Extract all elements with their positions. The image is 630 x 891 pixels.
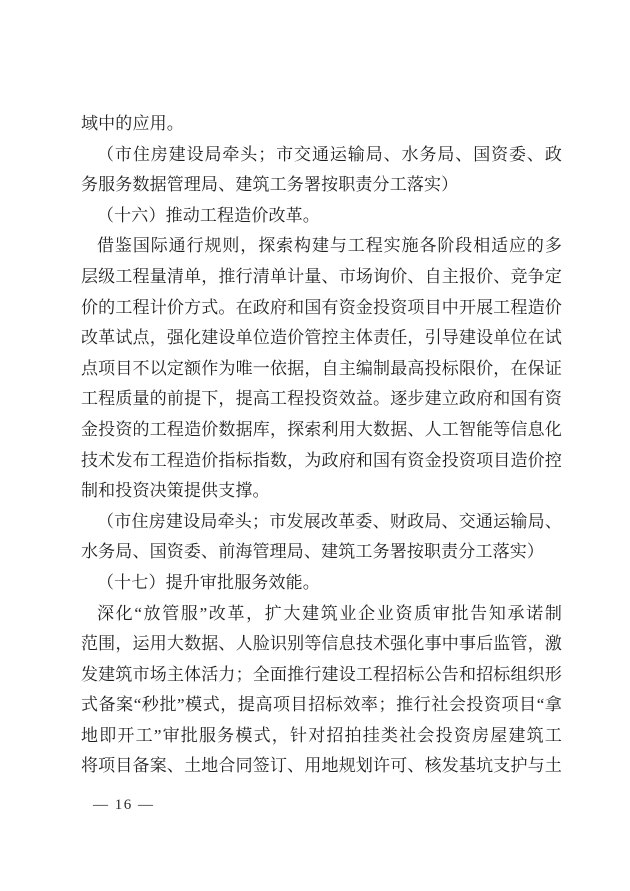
- text-line: 工程质量的前提下，提高工程投资效益。逐步建立政府和国有资: [81, 384, 562, 415]
- text-line: 深化“放管服”改革，扩大建筑业企业资质审批告知承诺制: [81, 599, 562, 630]
- text-line: （十六）推动工程造价改革。: [81, 201, 562, 232]
- text-line: 层级工程量清单，推行清单计量、市场询价、自主报价、竞争定: [81, 262, 562, 293]
- page-number: — 16 —: [93, 795, 155, 815]
- text-line: 制和投资决策提供支撑。: [81, 476, 562, 507]
- text-line: 借鉴国际通行规则，探索构建与工程实施各阶段相适应的多: [81, 231, 562, 262]
- text-line: 域中的应用。: [81, 109, 562, 140]
- text-line: 点项目不以定额作为唯一依据，自主编制最高投标限价，在保证: [81, 354, 562, 385]
- text-line: 范围，运用大数据、人脸识别等信息技术强化事中事后监管，激: [81, 629, 562, 660]
- text-line: 金投资的工程造价数据库，探索利用大数据、人工智能等信息化: [81, 415, 562, 446]
- text-line: 地即开工”审批服务模式，针对招拍挂类社会投资房屋建筑工程，: [81, 721, 562, 752]
- text-line: 价的工程计价方式。在政府和国有资金投资项目中开展工程造价: [81, 293, 562, 324]
- text-line: （市住房建设局牵头；市交通运输局、水务局、国资委、政: [81, 140, 562, 171]
- text-line: 水务局、国资委、前海管理局、建筑工务署按职责分工落实）: [81, 537, 562, 568]
- text-line: 式备案“秒批”模式，提高项目招标效率；推行社会投资项目“拿: [81, 690, 562, 721]
- document-page: 域中的应用。（市住房建设局牵头；市交通运输局、水务局、国资委、政务服务数据管理局…: [0, 0, 630, 891]
- text-line: 务服务数据管理局、建筑工务署按职责分工落实）: [81, 170, 562, 201]
- text-line: 改革试点，强化建设单位造价管控主体责任，引导建设单位在试: [81, 323, 562, 354]
- text-line: 发建筑市场主体活力；全面推行建设工程招标公告和招标组织形: [81, 660, 562, 691]
- text-line: 将项目备案、土地合同签订、用地规划许可、核发基坑支护与土: [81, 751, 562, 782]
- text-line: （十七）提升审批服务效能。: [81, 568, 562, 599]
- body-text: 域中的应用。（市住房建设局牵头；市交通运输局、水务局、国资委、政务服务数据管理局…: [81, 109, 562, 782]
- text-line: （市住房建设局牵头；市发展改革委、财政局、交通运输局、: [81, 507, 562, 538]
- text-line: 技术发布工程造价指标指数，为政府和国有资金投资项目造价控: [81, 446, 562, 477]
